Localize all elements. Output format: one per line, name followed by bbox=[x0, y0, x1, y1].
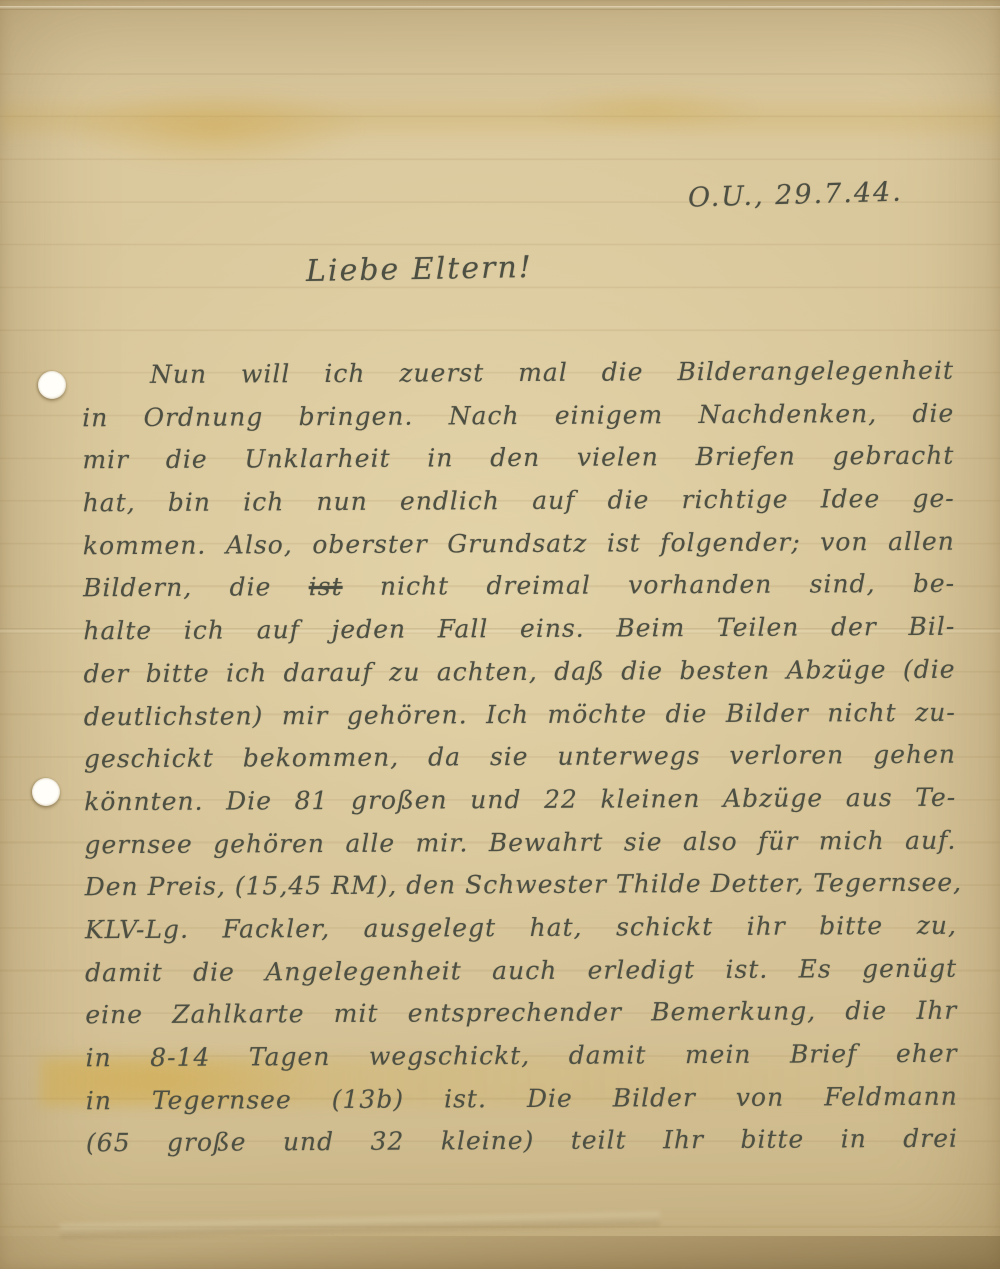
stain-top-band bbox=[0, 96, 1000, 142]
body-line: halte ich auf jeden Fall eins. Beim Teil… bbox=[83, 606, 955, 653]
line-prefix: Bildern, die bbox=[83, 573, 309, 603]
letter-body: Nun will ich zuerst mal die Bilderangele… bbox=[82, 350, 958, 1166]
body-line: gernsee gehören alle mir. Bewahrt sie al… bbox=[84, 819, 956, 866]
punch-hole-top bbox=[38, 371, 66, 399]
stain-top-mid bbox=[540, 88, 760, 128]
body-line: der bitte ich darauf zu achten, daß die … bbox=[83, 649, 955, 696]
body-line: Den Preis, (15,45 RM), den Schwester Thi… bbox=[85, 862, 957, 909]
struck-word: ist bbox=[309, 572, 343, 601]
body-line: in Tegernsee (13b) ist. Die Bilder von F… bbox=[86, 1075, 958, 1122]
body-line: hat, bin ich nun endlich auf die richtig… bbox=[83, 478, 955, 525]
crease-top-edge bbox=[0, 6, 1000, 10]
letter-page: O.U., 29.7.44. Liebe Eltern! Nun will ic… bbox=[0, 0, 1000, 1269]
stain-top-left bbox=[70, 88, 360, 168]
punch-hole-bottom bbox=[32, 778, 60, 806]
body-line: geschickt bekommen, da sie unterwegs ver… bbox=[84, 734, 956, 781]
body-line: kommen. Also, oberster Grundsatz ist fol… bbox=[83, 520, 955, 567]
body-line: KLV-Lg. Fackler, ausgelegt hat, schickt … bbox=[85, 905, 957, 952]
body-line: deutlichsten) mir gehören. Ich möchte di… bbox=[84, 691, 956, 738]
body-line: eine Zahlkarte mit entsprechender Bemerk… bbox=[85, 990, 957, 1037]
body-line: Nun will ich zuerst mal die Bilderangele… bbox=[82, 350, 954, 397]
body-line: in Ordnung bringen. Nach einigem Nachden… bbox=[82, 392, 954, 439]
body-line: in 8-14 Tagen wegschickt, damit mein Bri… bbox=[85, 1033, 957, 1080]
body-line: könnten. Die 81 großen und 22 kleinen Ab… bbox=[84, 777, 956, 824]
crease-bottom-edge bbox=[0, 1236, 1000, 1269]
salutation: Liebe Eltern! bbox=[306, 250, 533, 289]
body-line: damit die Angelegenheit auch erledigt is… bbox=[85, 947, 957, 994]
body-line: (65 große und 32 kleine) teilt Ihr bitte… bbox=[86, 1118, 958, 1165]
crease-bottom-wrinkle bbox=[60, 1212, 660, 1239]
line-suffix: nicht dreimal vorhanden sind, be- bbox=[343, 569, 956, 601]
date-line: O.U., 29.7.44. bbox=[688, 177, 874, 213]
body-line-with-strikethrough: Bildern, die ist nicht dreimal vorhanden… bbox=[83, 563, 955, 610]
body-line: mir die Unklarheit in den vielen Briefen… bbox=[82, 435, 954, 482]
